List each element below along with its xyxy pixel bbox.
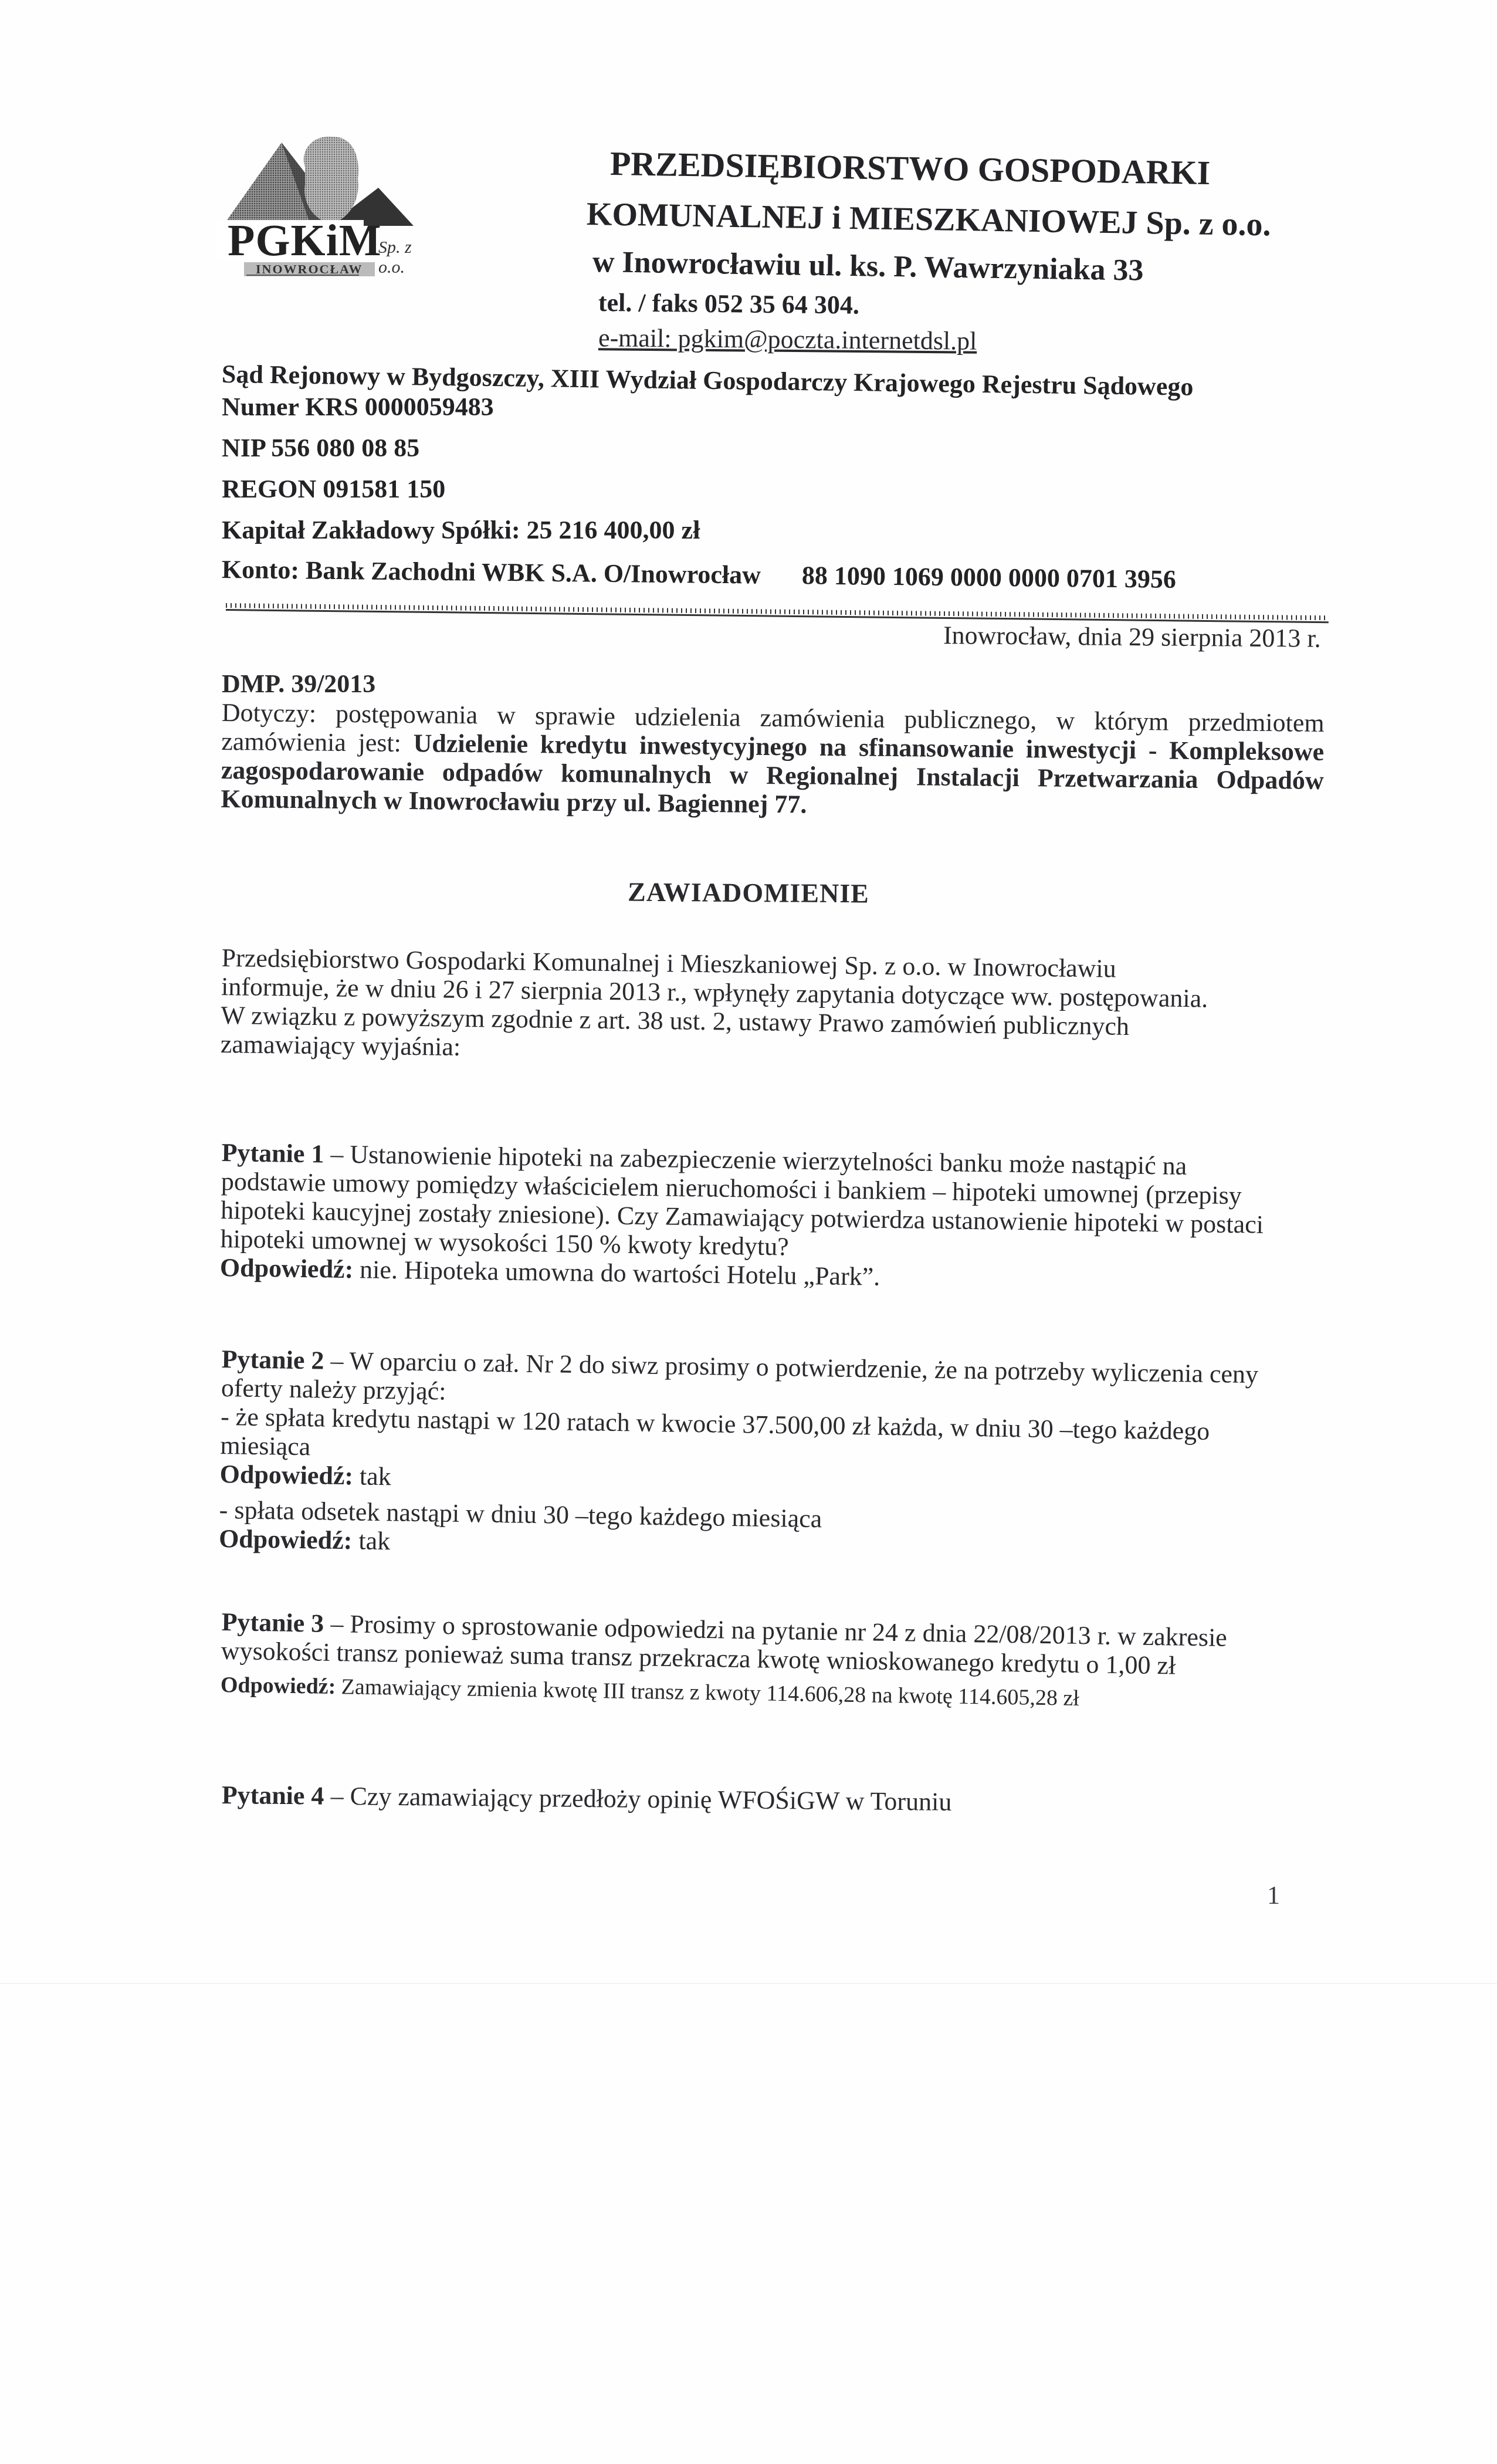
header-divider — [226, 603, 1329, 623]
company-logo: PGKiM INOWROCŁAW Sp. z o.o. — [211, 132, 422, 285]
bank-name: Konto: Bank Zachodni WBK S.A. O/Inowrocł… — [222, 555, 761, 590]
logo-suffix: Sp. z o.o. — [378, 238, 422, 277]
company-name-line-2: KOMUNALNEJ i MIESZKANIOWEJ Sp. z o.o. — [586, 195, 1271, 243]
page-number: 1 — [1267, 1880, 1280, 1910]
reference-number: DMP. 39/2013 — [222, 669, 375, 699]
answer-text: Zamawiający zmienia kwotę III transz z k… — [336, 1674, 1079, 1711]
question-1: Pytanie 1 – Ustanowienie hipoteki na zab… — [220, 1138, 1295, 1297]
answer-label: Odpowiedź: — [221, 1673, 336, 1699]
question-text: – Prosimy o sprostowanie odpowiedzi na p… — [221, 1609, 1227, 1680]
share-capital: Kapitał Zakładowy Spółki: 25 216 400,00 … — [222, 515, 700, 545]
document-page: PGKiM INOWROCŁAW Sp. z o.o. PRZEDSIĘBIOR… — [0, 0, 1497, 2464]
logo-underline — [246, 275, 359, 276]
subject-paragraph: Dotyczy: postępowania w sprawie udzielen… — [221, 698, 1325, 824]
company-address: w Inowrocławiu ul. ks. P. Wawrzyniaka 33 — [592, 245, 1144, 288]
question-text: – Ustanowienie hipoteki na zabezpieczeni… — [220, 1139, 1264, 1261]
answer-label: Odpowiedź: — [220, 1253, 354, 1284]
document-title: ZAWIADOMIENIE — [0, 872, 1497, 913]
logo-name: PGKiM — [228, 220, 382, 261]
bank-account-number: 88 1090 1069 0000 0000 0701 3956 — [802, 561, 1176, 594]
scan-edge — [0, 1983, 1497, 1984]
nip-number: NIP 556 080 08 85 — [222, 433, 419, 463]
regon-number: REGON 091581 150 — [222, 474, 445, 504]
krs-number: Numer KRS 0000059483 — [222, 392, 494, 422]
mountain-tree-icon — [211, 132, 422, 226]
bank-account-line: Konto: Bank Zachodni WBK S.A. O/Inowrocł… — [222, 554, 1176, 594]
question-label: Pytanie 2 — [221, 1345, 324, 1375]
answer-label: Odpowiedź: — [219, 1524, 353, 1555]
company-email-link[interactable]: e-mail: pgkim@poczta.internetdsl.pl — [598, 323, 977, 356]
intro-text-2: W związku z powyższym zgodnie z art. 38 … — [221, 1001, 1218, 1071]
question-label: Pytanie 1 — [221, 1138, 324, 1168]
question-text: – Czy zamawiający przedłoży opinię WFOŚi… — [324, 1782, 951, 1816]
company-name-line-1: PRZEDSIĘBIORSTWO GOSPODARKI — [609, 144, 1210, 192]
question-label: Pytanie 3 — [221, 1607, 324, 1638]
answer-label: Odpowiedź: — [219, 1460, 353, 1490]
question-4: Pytanie 4 – Czy zamawiający przedłoży op… — [222, 1781, 1295, 1820]
intro-paragraph: Przedsiębiorstwo Gospodarki Komunalnej i… — [221, 943, 1219, 1071]
answer-text: tak — [353, 1461, 391, 1491]
question-2: Pytanie 2 – W oparciu o zał. Nr 2 do siw… — [219, 1345, 1295, 1569]
answer-text: tak — [352, 1526, 390, 1555]
company-phone: tel. / faks 052 35 64 304. — [598, 287, 859, 320]
question-3: Pytanie 3 – Prosimy o sprostowanie odpow… — [221, 1607, 1295, 1717]
question-label: Pytanie 4 — [222, 1781, 324, 1810]
question-text: – W oparciu o zał. Nr 2 do siwz prosimy … — [221, 1346, 1259, 1406]
document-date: Inowrocław, dnia 29 sierpnia 2013 r. — [943, 620, 1321, 654]
